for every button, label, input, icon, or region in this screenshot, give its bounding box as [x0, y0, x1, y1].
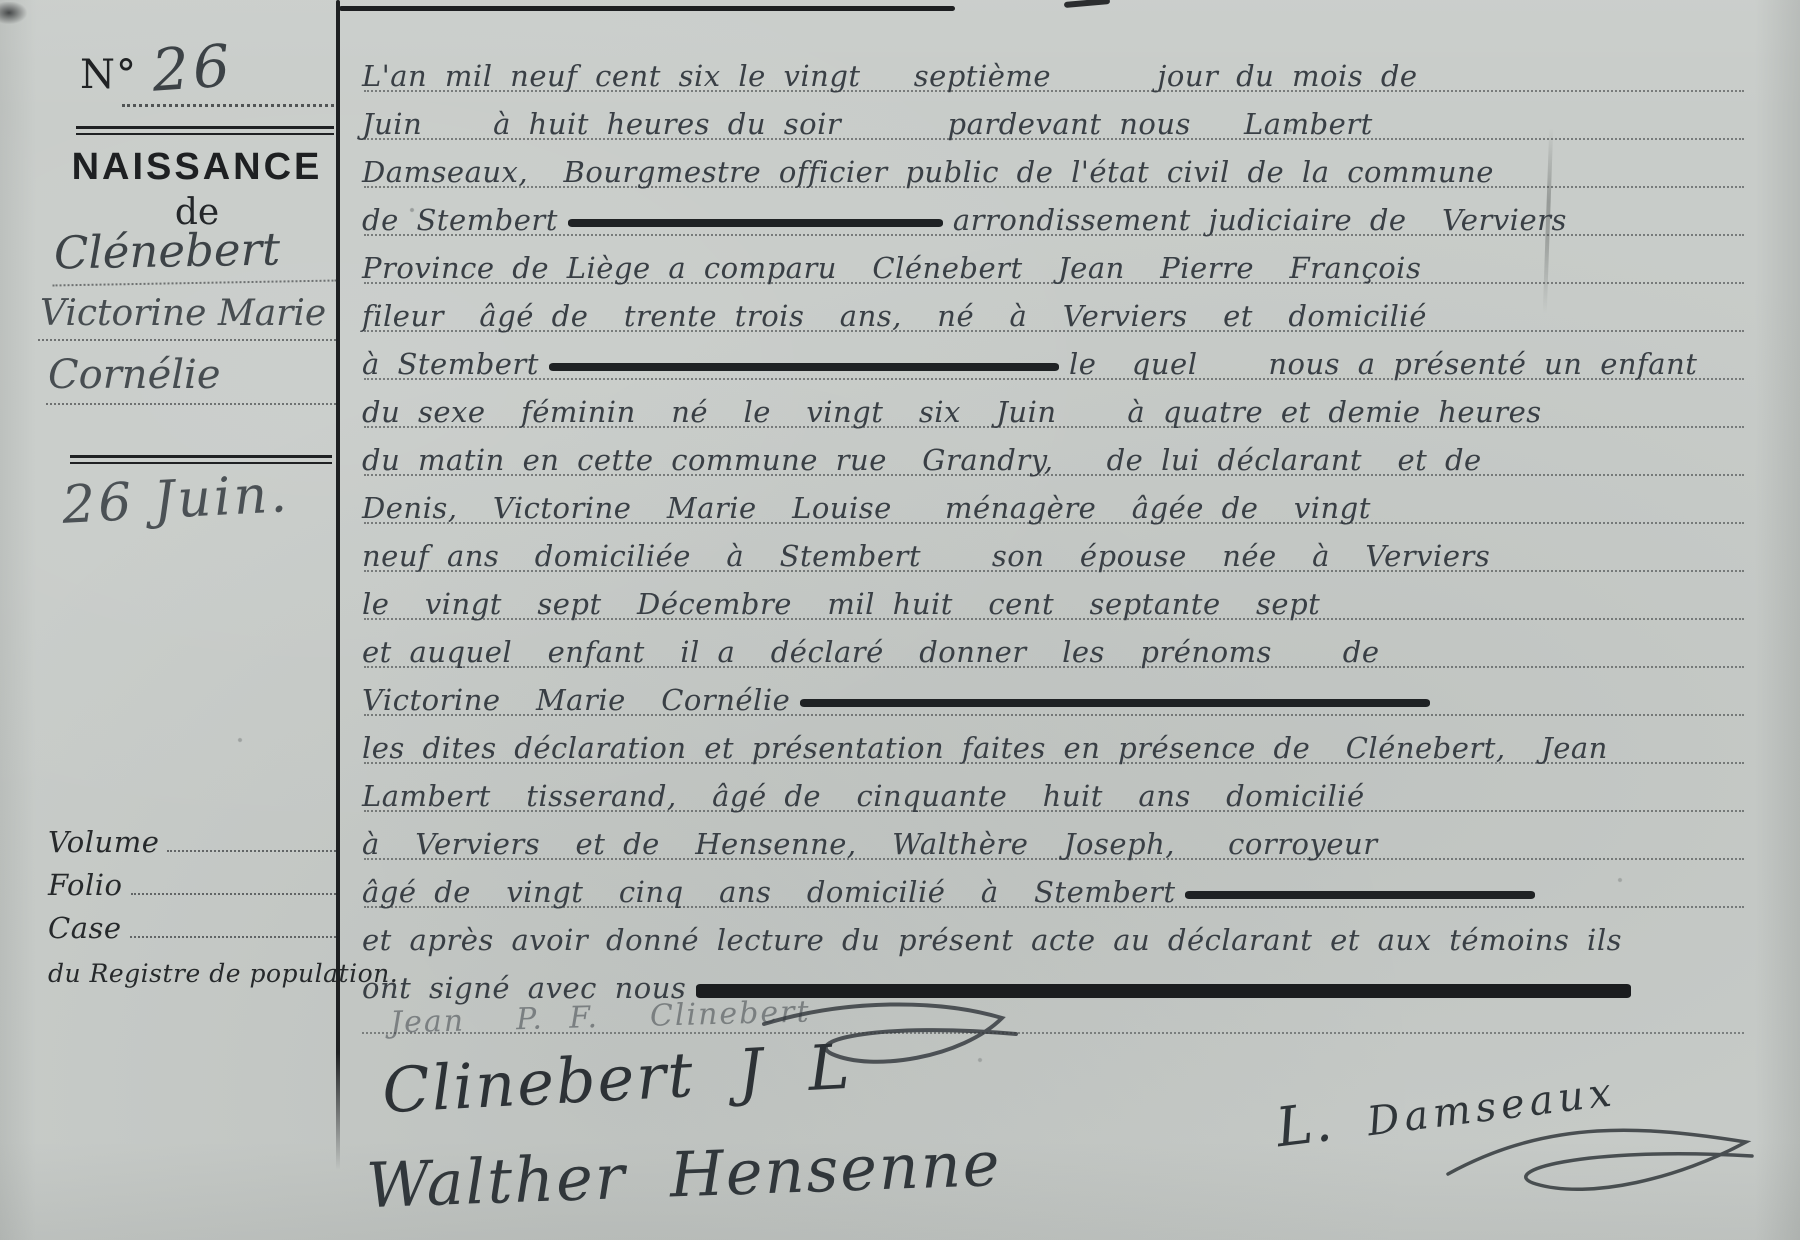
- margin-field-label: Folio: [48, 868, 123, 902]
- signature-dotline: [362, 1032, 1744, 1034]
- body-line-12: le vingt sept Décembre mil huit cent sep…: [362, 578, 1758, 626]
- corner-smudge: [0, 2, 30, 26]
- body-line-10: Denis, Victorine Marie Louise ménagère â…: [362, 482, 1758, 530]
- handwritten-text: fileur âgé de trente trois ans, né à Ver…: [362, 296, 1427, 336]
- handwritten-text: arrondissement judiciaire de Verviers: [953, 200, 1567, 240]
- margin-name-line: Victorine Marie: [38, 293, 336, 341]
- body-line-7: à Stembertle quel nous a présenté un enf…: [362, 338, 1758, 386]
- body-line-14: Victorine Marie Cornélie: [362, 674, 1758, 722]
- margin-date: 26 Juin.: [61, 464, 292, 536]
- birth-record-page: N° 26 NAISSANCE de Clénebert Victorine M…: [0, 0, 1800, 1240]
- margin-field-label: du Registre de population.: [48, 959, 398, 988]
- body-line-19: et après avoir donné lecture du présent …: [362, 914, 1758, 962]
- top-ink-mark: [1064, 0, 1110, 8]
- margin-name-line: Clénebert: [51, 222, 336, 287]
- ink-rule: [800, 699, 1430, 707]
- officer-signature-initial: L.: [1273, 1090, 1337, 1159]
- handwritten-text: le quel nous a présenté un enfant: [1069, 344, 1697, 384]
- body-line-17: à Verviers et de Hensenne, Walthère Jose…: [362, 818, 1758, 866]
- ink-rule: [696, 984, 1631, 998]
- officer-signature: L.Damseaux: [1250, 1036, 1621, 1180]
- margin-field-label: Case: [48, 911, 122, 945]
- handwritten-text: du matin en cette commune rue Grandry, d…: [362, 440, 1482, 480]
- margin-field-registre: du Registre de population.: [48, 945, 336, 988]
- body-line-6: fileur âgé de trente trois ans, né à Ver…: [362, 290, 1758, 338]
- margin-title: NAISSANCE: [58, 146, 336, 189]
- margin-field-volume: Volume: [48, 816, 336, 859]
- body-line-11: neuf ans domiciliée à Stembert son épous…: [362, 530, 1758, 578]
- margin-field-dotline: [131, 893, 336, 895]
- witness-signature: Walther Hensenne: [365, 1127, 1003, 1222]
- ink-rule: [549, 363, 1059, 371]
- margin-field-case: Case: [48, 902, 336, 945]
- handwritten-text: et après avoir donné lecture du présent …: [362, 920, 1622, 960]
- body-line-15: les dites déclaration et présentation fa…: [362, 722, 1758, 770]
- handwritten-text: Victorine Marie Cornélie: [362, 680, 790, 720]
- handwritten-text: le vingt sept Décembre mil huit cent sep…: [362, 584, 1320, 624]
- handwritten-text: neuf ans domiciliée à Stembert son épous…: [362, 536, 1490, 576]
- handwritten-text: Juin à huit heures du soir pardevant nou…: [362, 104, 1373, 144]
- margin-double-rule-bottom: [70, 455, 332, 464]
- body-lines: L'an mil neuf cent six le vingt septième…: [362, 50, 1758, 1010]
- declarant-signature: Clinebert J L: [380, 1030, 853, 1127]
- handwritten-text: les dites déclaration et présentation fa…: [362, 728, 1608, 768]
- ink-rule: [1185, 891, 1535, 899]
- handwritten-text: Denis, Victorine Marie Louise ménagère â…: [362, 488, 1371, 528]
- body-line-3: Damseaux, Bourgmestre officier public de…: [362, 146, 1758, 194]
- handwritten-text: à Verviers et de Hensenne, Walthère Jose…: [362, 824, 1378, 864]
- margin-field-folio: Folio: [48, 859, 336, 902]
- body-line-9: du matin en cette commune rue Grandry, d…: [362, 434, 1758, 482]
- margin-number-value: 26: [150, 31, 236, 105]
- body-line-8: du sexe féminin né le vingt six Juin à q…: [362, 386, 1758, 434]
- body-line-2: Juin à huit heures du soir pardevant nou…: [362, 98, 1758, 146]
- body-line-4: de Stembertarrondissement judiciaire de …: [362, 194, 1758, 242]
- vertical-rule: [336, 0, 340, 1170]
- handwritten-text: à Stembert: [362, 344, 539, 384]
- handwritten-text: et auquel enfant il a déclaré donner les…: [362, 632, 1380, 672]
- handwritten-text: Lambert tisserand, âgé de cinquante huit…: [362, 776, 1365, 816]
- margin-double-rule-top: [76, 126, 334, 135]
- handwritten-text: ont signé avec nous: [362, 968, 686, 1008]
- body-line-16: Lambert tisserand, âgé de cinquante huit…: [362, 770, 1758, 818]
- body-line-20: ont signé avec nous: [362, 962, 1758, 1010]
- margin-field-label: Volume: [48, 825, 159, 859]
- ink-rule: [568, 219, 943, 227]
- margin-field-dotline: [167, 850, 336, 852]
- handwritten-text: du sexe féminin né le vingt six Juin à q…: [362, 392, 1542, 432]
- handwritten-text: L'an mil neuf cent six le vingt septième…: [362, 56, 1418, 96]
- officer-signature-name: Damseaux: [1365, 1069, 1619, 1145]
- top-rule: [339, 6, 955, 11]
- margin-footer-fields: Volume Folio Case du Registre de populat…: [48, 816, 336, 988]
- body-line-5: Province de Liège a comparu Clénebert Je…: [362, 242, 1758, 290]
- handwritten-text: Province de Liège a comparu Clénebert Je…: [362, 248, 1421, 288]
- margin-field-dotline: [130, 936, 336, 938]
- handwritten-text: Damseaux, Bourgmestre officier public de…: [362, 152, 1494, 192]
- handwritten-text: de Stembert: [362, 200, 558, 240]
- handwritten-text: âgé de vingt cinq ans domicilié à Stembe…: [362, 872, 1175, 912]
- margin-number-label: N°: [80, 52, 137, 98]
- body-line-18: âgé de vingt cinq ans domicilié à Stembe…: [362, 866, 1758, 914]
- body-line-13: et auquel enfant il a déclaré donner les…: [362, 626, 1758, 674]
- body-line-1: L'an mil neuf cent six le vingt septième…: [362, 50, 1758, 98]
- margin-name-line: Cornélie: [46, 352, 336, 405]
